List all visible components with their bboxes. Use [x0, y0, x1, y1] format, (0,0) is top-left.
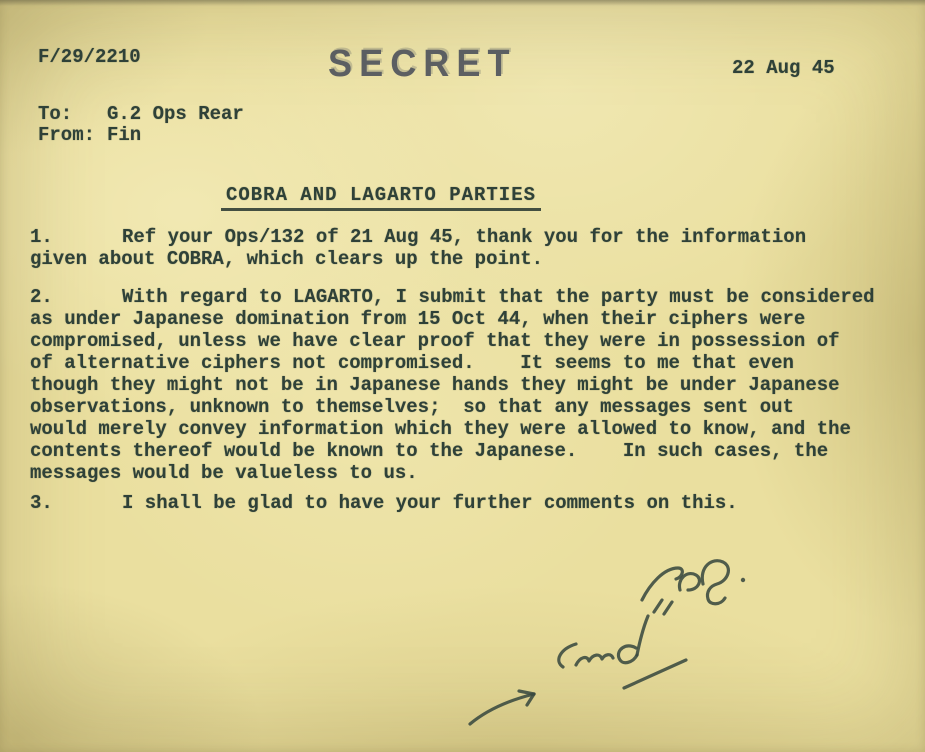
secret-classification-stamp: SECRET [328, 42, 517, 85]
from-label: From: [38, 124, 95, 146]
subject-title: COBRA AND LAGARTO PARTIES [221, 184, 541, 211]
paragraph-3-number: 3. [30, 492, 53, 514]
to-value: G.2 Ops Rear [107, 103, 244, 125]
to-label: To: [38, 103, 72, 125]
document-page: F/29/2210 SECRET 22 Aug 45 To: G.2 Ops R… [0, 0, 925, 752]
paragraph-3-text: I shall be glad to have your further com… [30, 492, 738, 514]
subject-line: COBRA AND LAGARTO PARTIES [0, 184, 762, 211]
from-value: Fin [107, 124, 141, 146]
reference-number: F/29/2210 [38, 46, 141, 68]
paragraph-3: 3. I shall be glad to have your further … [30, 492, 738, 514]
paragraph-2-text: With regard to LAGARTO, I submit that th… [30, 286, 875, 484]
paragraph-1: 1. Ref your Ops/132 of 21 Aug 45, thank … [30, 226, 806, 270]
paragraph-2-number: 2. [30, 286, 53, 308]
document-date: 22 Aug 45 [732, 57, 835, 79]
scan-edge-shadow [0, 0, 925, 6]
paragraph-1-number: 1. [30, 226, 53, 248]
paragraph-2: 2. With regard to LAGARTO, I submit that… [30, 286, 875, 484]
signature-scrawl [440, 552, 820, 752]
paragraph-1-text: Ref your Ops/132 of 21 Aug 45, thank you… [30, 226, 806, 270]
